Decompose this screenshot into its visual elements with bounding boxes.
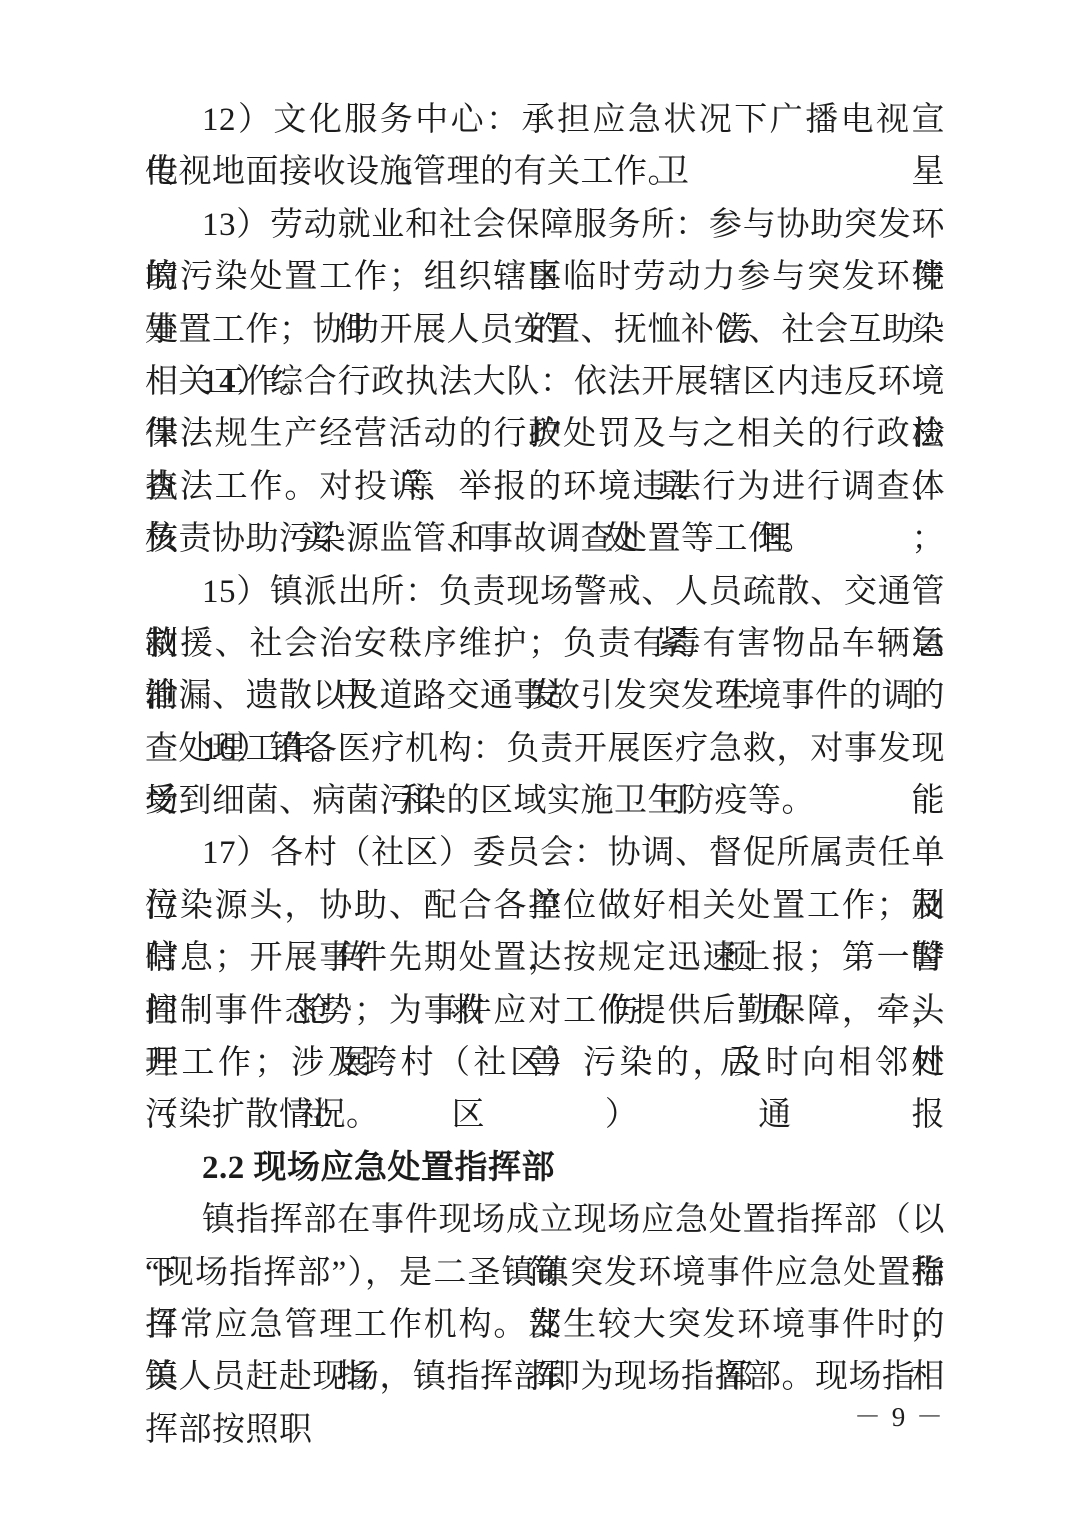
text-line: 处置工作；协助开展人员安置、抚恤补偿、社会互助相关工作。: [145, 304, 945, 356]
text-line: 17）各村（社区）委员会：协调、督促所属责任单位控制: [145, 827, 945, 879]
paragraph: 14）综合行政执法大队：依法开展辖区内违反环境保护法律法规生产经营活动的行政处罚…: [145, 356, 945, 566]
text-line: 15）镇派出所：负责现场警戒、人员疏散、交通管制、紧急: [145, 566, 945, 618]
text-line: 16）镇各医疗机构：负责开展医疗急救，对事发现场和可能: [145, 723, 945, 775]
text-line: 12）文化服务中心：承担应急状况下广播电视宣传、卫星: [145, 94, 945, 146]
text-line: 信息；开展事件先期处置，按规定迅速上报；第一时间抢救伤员，: [145, 932, 945, 984]
text-line: 13）劳动就业和社会保障服务所：参与协助突发环境事件: [145, 199, 945, 251]
document-body: 12）文化服务中心：承担应急状况下广播电视宣传、卫星电视地面接收设施管理的有关工…: [145, 94, 945, 1404]
text-line: 执法工作。对投诉、举报的环境违法行为进行调查、核实和处理；: [145, 461, 945, 513]
paragraph: 镇指挥部在事件现场成立现场应急处置指挥部（以下简称“现场指挥部”），是二圣镇镇突…: [145, 1194, 945, 1404]
paragraph: 15）镇派出所：负责现场警戒、人员疏散、交通管制、紧急救援、社会治安秩序维护；负…: [145, 566, 945, 723]
text-line: 日常应急管理工作机构。发生较大突发环境事件时，镇指挥部相: [145, 1299, 945, 1351]
text-line: 的污染处置工作；组织辖区临时劳动力参与突发环境事件的污染: [145, 251, 945, 303]
section: 2.2 现场应急处置指挥部: [145, 1142, 945, 1194]
paragraph: 13）劳动就业和社会保障服务所：参与协助突发环境事件的污染处置工作；组织辖区临时…: [145, 199, 945, 356]
text-line: 理工作；涉及跨村（社区）污染的，及时向相邻村（社区）通报: [145, 1037, 945, 1089]
text-line: 污染源头，协助、配合各单位做好相关处置工作；及时传达预警: [145, 880, 945, 932]
text-line: 控制事件态势；为事件应对工作提供后勤保障，牵头开展善后处: [145, 985, 945, 1037]
paragraph: 16）镇各医疗机构：负责开展医疗急救，对事发现场和可能受到细菌、病菌污染的区域实…: [145, 723, 945, 828]
document-page: 12）文化服务中心：承担应急状况下广播电视宣传、卫星电视地面接收设施管理的有关工…: [0, 0, 1074, 1520]
paragraph: 12）文化服务中心：承担应急状况下广播电视宣传、卫星电视地面接收设施管理的有关工…: [145, 94, 945, 199]
text-line: 关人员赶赴现场，镇指挥部即为现场指挥部。现场指挥部按照职: [145, 1351, 945, 1403]
paragraph: 17）各村（社区）委员会：协调、督促所属责任单位控制污染源头，协助、配合各单位做…: [145, 827, 945, 1141]
text-line: 救援、社会治安秩序维护；负责有毒有害物品车辆运输中发生的: [145, 618, 945, 670]
text-line: 律法规生产经营活动的行政处罚及与之相关的行政检查等具体: [145, 408, 945, 460]
text-line: 泄漏、遗散以及道路交通事故引发突发环境事件的调查处理工作。: [145, 670, 945, 722]
section-heading: 2.2 现场应急处置指挥部: [145, 1142, 945, 1194]
text-line: 14）综合行政执法大队：依法开展辖区内违反环境保护法: [145, 356, 945, 408]
text-line: “现场指挥部”），是二圣镇镇突发环境事件应急处置指挥部的: [145, 1247, 945, 1299]
text-line: 镇指挥部在事件现场成立现场应急处置指挥部（以下简称: [145, 1194, 945, 1246]
page-number: － 9 －: [145, 1400, 945, 1434]
